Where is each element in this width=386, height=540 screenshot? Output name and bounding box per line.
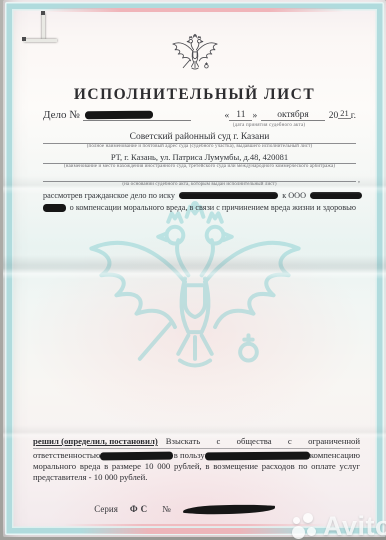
series-number-sign: № — [162, 504, 171, 514]
redaction-company — [100, 451, 173, 459]
resolution-text-2b: в пользу — [174, 450, 205, 461]
decision-date: «11» октября 2021 г. — [225, 110, 356, 121]
resolution-block: решил (определил, постановил) Взыскать с… — [33, 436, 360, 483]
court-name-caption: (полное наименование и почтовый адрес су… — [43, 144, 356, 151]
considered-text-1b: к ООО — [282, 190, 306, 202]
considered-text-2: о компенсации морального вреда, в связи … — [70, 202, 356, 214]
avito-watermark: Avito — [292, 511, 386, 540]
security-border-pink-bottom — [81, 528, 308, 535]
resolution-line-1: решил (определил, постановил) Взыскать с… — [33, 436, 360, 449]
redaction-plaintiff — [179, 192, 278, 200]
resolution-text-2a: ответственностью — [33, 450, 100, 461]
resolution-line-3: морального вреда в размере 10 000 рублей… — [33, 461, 360, 472]
considered-text-1a: рассмотрев гражданское дело по иску — [43, 190, 175, 202]
court-address: РТ, г. Казань, ул. Патриса Лумумбы, д.48… — [43, 151, 356, 164]
resolution-text-1: Взыскать с общества с ограниченной — [166, 436, 360, 447]
avito-logo-icon — [292, 513, 318, 540]
resolution-text-2c: компенсацию — [310, 450, 360, 461]
resolution-line-2: ответственностью в пользу компенсацию — [33, 450, 360, 461]
court-name: Советский районный суд г. Казани — [43, 131, 356, 144]
coat-of-arms-watermark-icon — [78, 196, 312, 413]
trailing-comma: , — [358, 175, 360, 184]
court-fields: Советский районный суд г. Казани (полное… — [43, 131, 356, 214]
security-border-pink-top — [45, 8, 344, 12]
redaction-beneficiary — [205, 451, 310, 459]
series-value: ФС — [130, 504, 150, 514]
redaction-defendant — [310, 192, 362, 200]
case-label: Дело № — [43, 109, 80, 121]
date-era: г. — [351, 111, 356, 121]
security-border-pink-bottom-line — [63, 524, 326, 526]
date-day: 11 — [229, 110, 252, 121]
case-number-field — [83, 111, 191, 121]
series-label: Серия — [94, 504, 118, 514]
considered-line-1: рассмотрев гражданское дело по иску к ОО… — [43, 190, 356, 202]
resolution-lead: решил (определил, постановил) — [33, 436, 158, 447]
quote-close: » — [252, 111, 257, 121]
date-caption: (дата принятия судебного акта) — [204, 123, 334, 128]
photo-of-document: { "brand": { "watermark": "Avito" }, "co… — [0, 0, 386, 540]
blank-form-line: , — [43, 170, 356, 182]
date-century: 20 — [329, 111, 339, 121]
coat-of-arms-icon — [3, 33, 386, 78]
considered-line-2: о компенсации морального вреда, в связи … — [43, 202, 356, 214]
case-number-row: Дело № «11» октября 2021 г. — [43, 109, 356, 121]
redaction-case-number — [85, 111, 153, 120]
redaction-series-number — [183, 503, 275, 515]
date-year: 21 — [338, 108, 351, 119]
basis-caption: (на основании судебного акта, которым вы… — [43, 182, 356, 189]
document-title: ИСПОЛНИТЕЛЬНЫЙ ЛИСТ — [3, 86, 386, 104]
document-paper: ИСПОЛНИТЕЛЬНЫЙ ЛИСТ Дело № «11» октября … — [3, 0, 386, 537]
redaction-defendant-cont — [43, 204, 66, 212]
avito-watermark-text: Avito — [323, 511, 386, 540]
date-month: октября — [261, 110, 325, 121]
resolution-line-4: представителя - 10 000 рублей. — [33, 472, 360, 483]
staple-mark — [41, 11, 45, 15]
